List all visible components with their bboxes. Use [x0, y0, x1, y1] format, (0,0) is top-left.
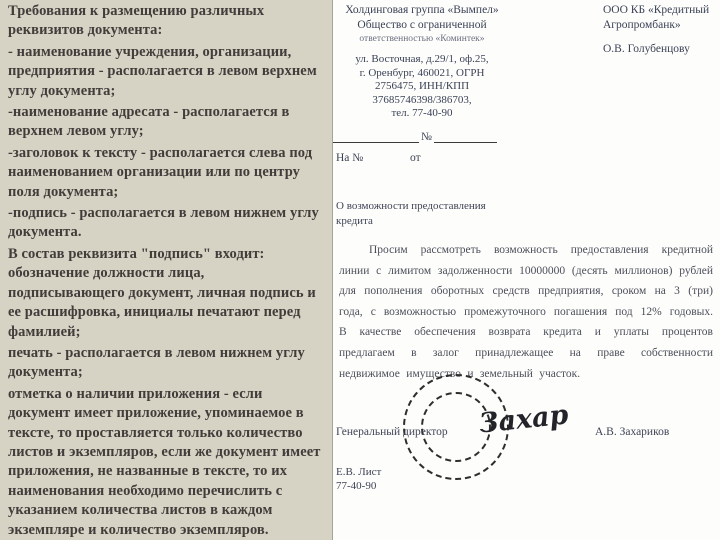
ref-number-line-right [434, 131, 497, 143]
reply-reference-row: На № от [336, 152, 496, 164]
sender-org-line1: Холдинговая группа «Вымпел» [335, 3, 509, 18]
sender-address-phone: тел. 77-40-90 [335, 107, 509, 121]
ref-number-line-left [333, 131, 419, 143]
letter-body: Просим рассмотреть возможность предостав… [339, 240, 713, 384]
recipient-org-line1: ООО КБ «Кредитный [603, 3, 717, 18]
panel-paragraph-org-name: - наименование учреждения, организации, … [8, 43, 324, 101]
letter-subject: О возможности предоставления кредита [336, 199, 488, 229]
panel-paragraph-addressee: -наименование адресата - располагается в… [8, 103, 324, 142]
panel-paragraph-title: Требования к размещению различных реквиз… [8, 2, 324, 41]
sender-address-line: 37685746398/386703, [335, 94, 509, 108]
sender-address-line: г. Оренбург, 460021, ОГРН [335, 67, 509, 81]
sender-block: Холдинговая группа «Вымпел» Общество с о… [335, 3, 509, 121]
signature-name: А.В. Захариков [595, 426, 669, 438]
sample-letter-document: Холдинговая группа «Вымпел» Общество с о… [332, 0, 720, 540]
recipient-org-line2: Агропромбанк» [603, 18, 717, 33]
panel-paragraph-signature: -подпись - располагается в левом нижнем … [8, 204, 324, 243]
slide-text-panel: Требования к размещению различных реквиз… [0, 0, 332, 540]
reply-date-label: от [410, 152, 421, 164]
sender-address: ул. Восточная, д.29/1, оф.25, г. Оренбур… [335, 53, 509, 121]
signature-position-title: Генеральный директор [336, 426, 448, 438]
panel-paragraph-attachment-note: отметка о наличии приложения - если доку… [8, 385, 324, 540]
reply-label: На № [336, 152, 363, 164]
executor-block: Е.В. Лист 77-40-90 [336, 466, 381, 493]
sender-address-line: ул. Восточная, д.29/1, оф.25, [335, 53, 509, 67]
recipient-person: О.В. Голубенцову [603, 42, 717, 57]
sender-org-line3: ответственностью «Коминтек» [335, 33, 509, 46]
executor-phone: 77-40-90 [336, 480, 381, 494]
executor-name: Е.В. Лист [336, 466, 381, 480]
panel-paragraph-seal: печать - располагается в левом нижнем уг… [8, 344, 324, 383]
ref-number-label: № [419, 132, 434, 143]
panel-paragraph-signature-contents: В состав реквизита "подпись" входит: обо… [8, 245, 324, 342]
reference-number-row: № [333, 131, 497, 143]
sender-org-line2: Общество с ограниченной [335, 18, 509, 33]
panel-paragraph-heading: -заголовок к тексту - располагается слев… [8, 144, 324, 202]
sender-address-line: 2756475, ИНН/КПП [335, 80, 509, 94]
recipient-block: ООО КБ «Кредитный Агропромбанк» О.В. Гол… [603, 3, 717, 57]
